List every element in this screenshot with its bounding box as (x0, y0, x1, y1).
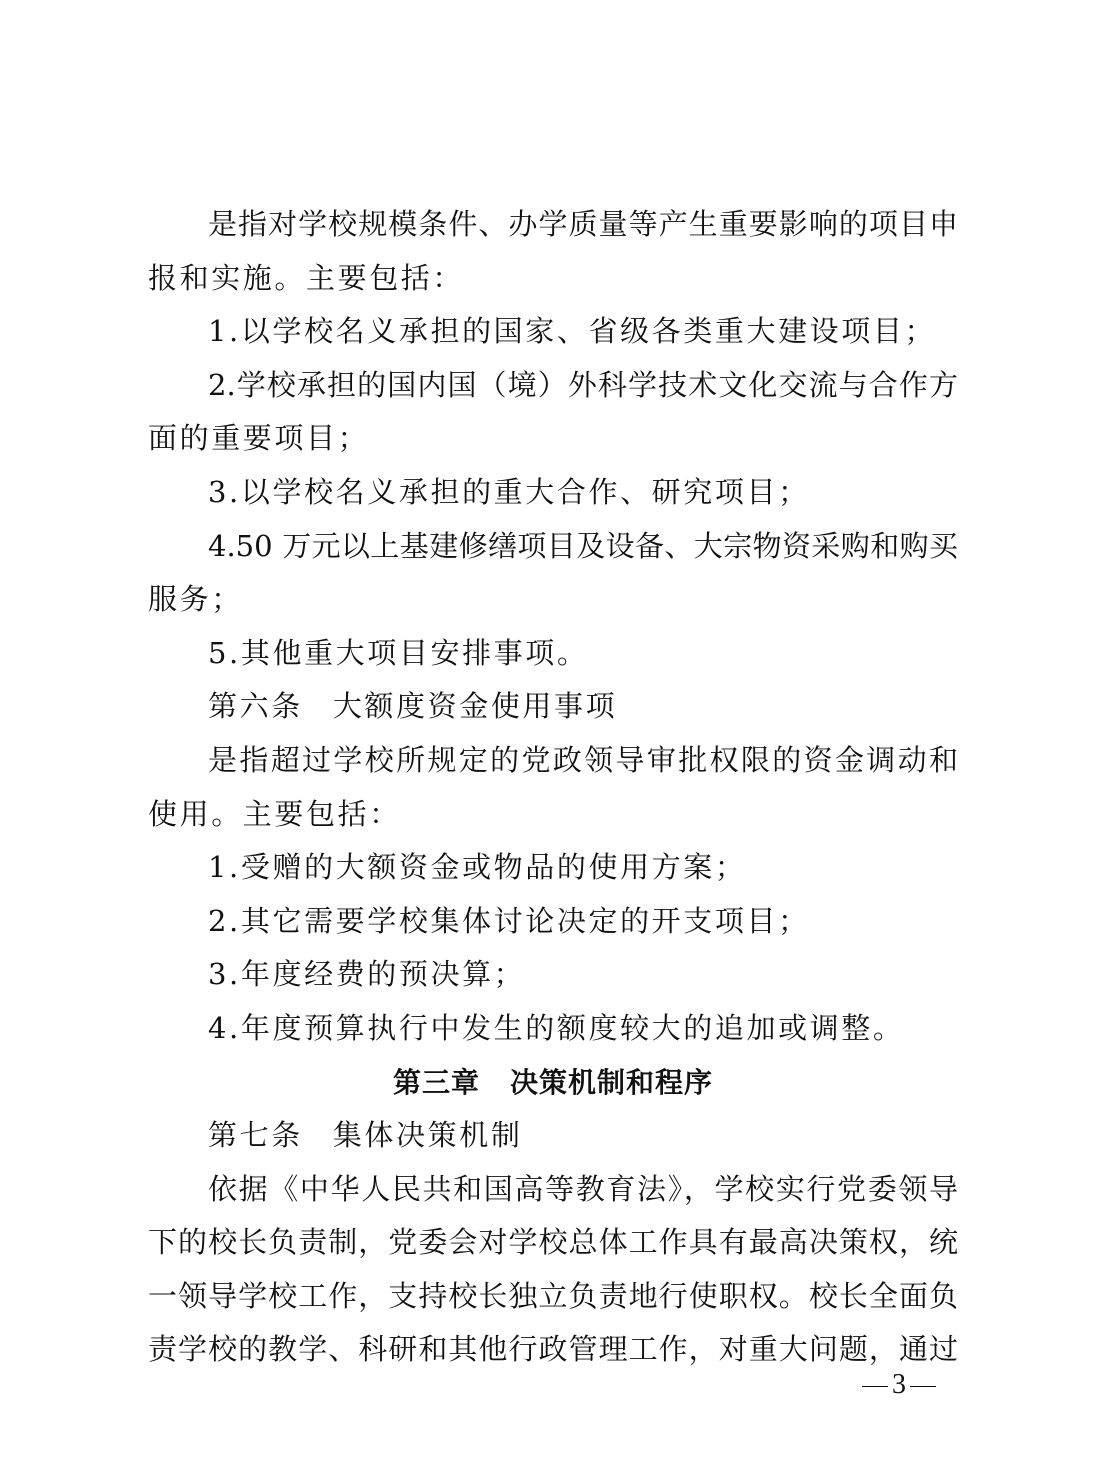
dash-left (862, 1386, 888, 1387)
paragraph-line: 一领导学校工作，支持校长独立负责地行使职权。校长全面负 (148, 1270, 958, 1324)
list-item-continuation: 面的重要项目； (148, 412, 958, 466)
page-number-value: 3 (892, 1369, 906, 1400)
paragraph-line: 依据《中华人民共和国高等教育法》，学校实行党委领导 (148, 1163, 958, 1217)
list-item: 4.年度预算执行中发生的额度较大的追加或调整。 (148, 1002, 958, 1056)
article-number: 第七条 (208, 1118, 303, 1152)
list-item: 3.年度经费的预决算； (148, 948, 958, 1002)
chapter-title: 决策机制和程序 (510, 1066, 713, 1099)
list-item: 5.其他重大项目安排事项。 (148, 627, 958, 681)
chapter-heading: 第三章决策机制和程序 (148, 1056, 958, 1110)
list-item: 3.以学校名义承担的重大合作、研究项目； (148, 466, 958, 520)
paragraph-line: 是指超过学校所规定的党政领导审批权限的资金调动和 (148, 734, 958, 788)
article-heading: 第七条集体决策机制 (148, 1109, 958, 1163)
chapter-number: 第三章 (393, 1066, 480, 1099)
list-item: 1.受赠的大额资金或物品的使用方案； (148, 841, 958, 895)
paragraph-line: 下的校长负责制，党委会对学校总体工作具有最高决策权，统 (148, 1216, 958, 1270)
article-number: 第六条 (208, 689, 303, 723)
article-title: 大额度资金使用事项 (333, 689, 617, 723)
paragraph-line: 是指对学校规模条件、办学质量等产生重要影响的项目申 (148, 198, 958, 252)
dash-right (910, 1386, 936, 1387)
document-page: 是指对学校规模条件、办学质量等产生重要影响的项目申 报和实施。主要包括： 1.以… (0, 0, 1096, 1471)
article-title: 集体决策机制 (333, 1118, 523, 1152)
list-item: 2.学校承担的国内国（境）外科学技术文化交流与合作方 (148, 359, 958, 413)
article-heading: 第六条大额度资金使用事项 (148, 680, 958, 734)
list-item: 4.50 万元以上基建修缮项目及设备、大宗物资采购和购买 (148, 520, 958, 574)
list-item-continuation: 服务； (148, 573, 958, 627)
paragraph-line: 责学校的教学、科研和其他行政管理工作，对重大问题，通过 (148, 1323, 958, 1377)
paragraph-line: 报和实施。主要包括： (148, 252, 958, 306)
list-item: 1.以学校名义承担的国家、省级各类重大建设项目； (148, 305, 958, 359)
paragraph-line: 使用。主要包括： (148, 788, 958, 842)
page-number: 3 (858, 1370, 940, 1400)
list-item: 2.其它需要学校集体讨论决定的开支项目； (148, 895, 958, 949)
document-body: 是指对学校规模条件、办学质量等产生重要影响的项目申 报和实施。主要包括： 1.以… (148, 198, 958, 1377)
